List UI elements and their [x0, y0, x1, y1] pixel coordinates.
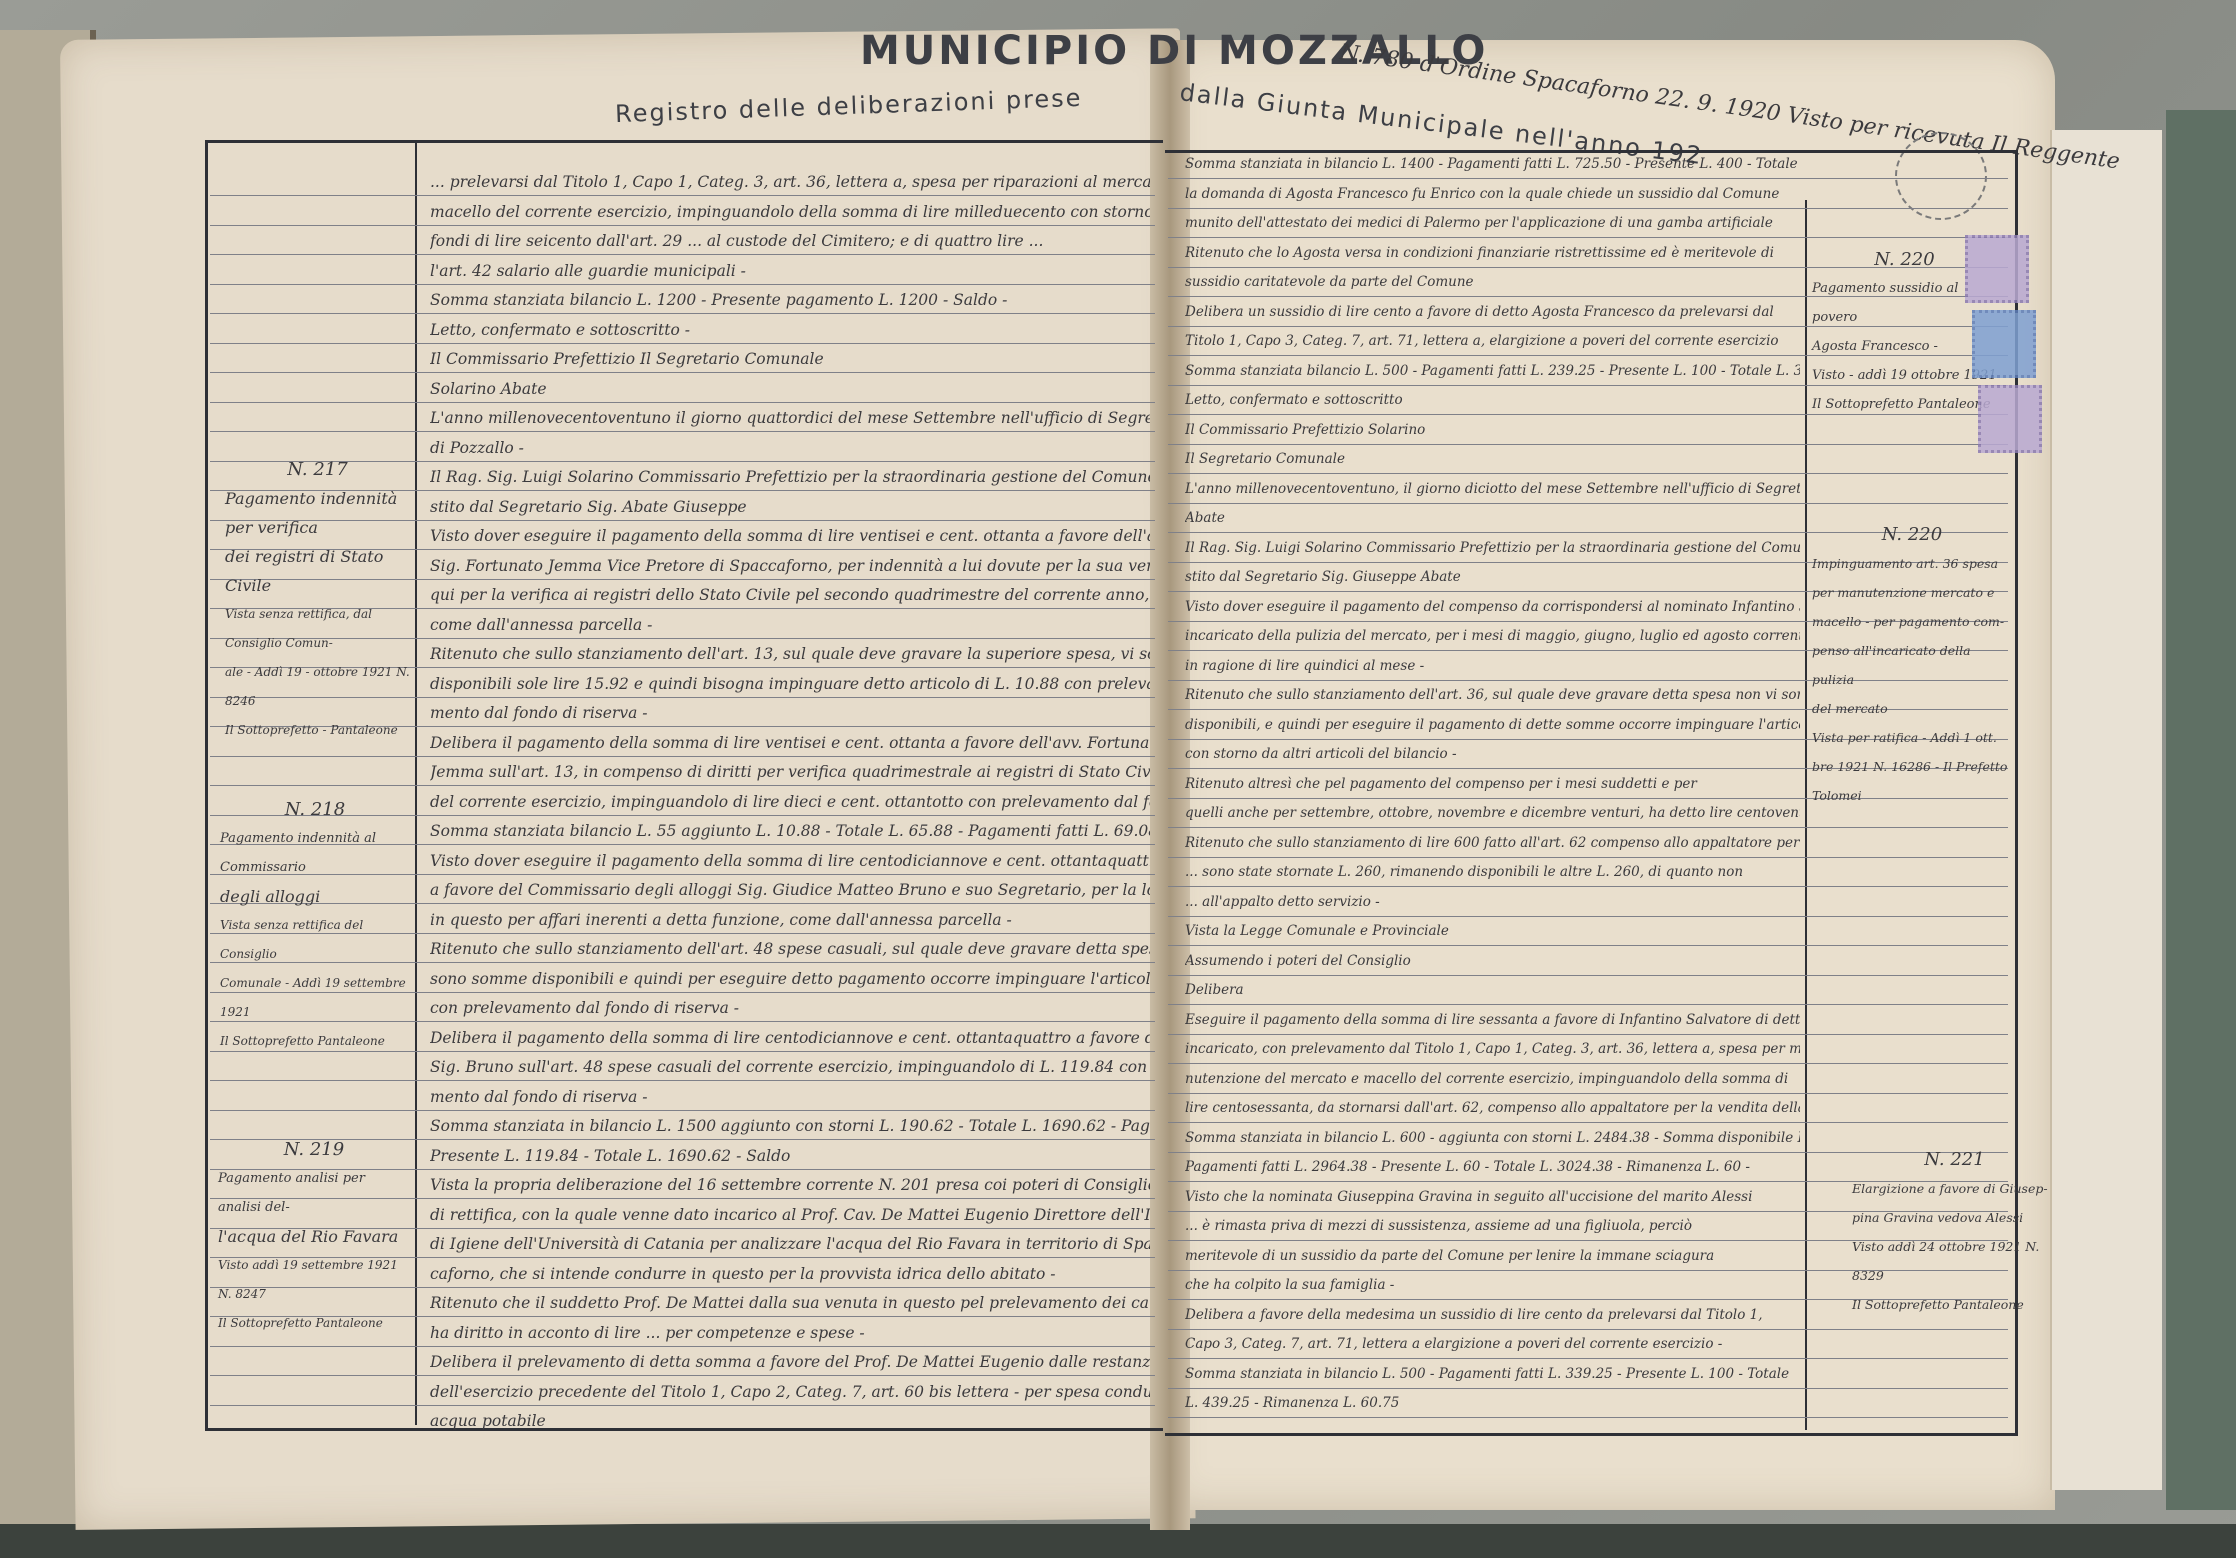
handwritten-line: stito dal Segretario Sig. Abate Giuseppe [430, 493, 1150, 523]
handwritten-line: L'anno millenovecentoventuno il giorno q… [430, 404, 1150, 434]
handwritten-line: con prelevamento dal fondo di riserva - [430, 994, 1150, 1024]
margin-entry-218: N. 218 Pagamento indennità al Commissari… [220, 795, 410, 1056]
handwritten-line: Eseguire il pagamento della somma di lir… [1185, 1006, 1800, 1036]
handwritten-line: Ritenuto che lo Agosta versa in condizio… [1185, 239, 1800, 269]
handwritten-line: incaricato, con prelevamento dal Titolo … [1185, 1035, 1800, 1065]
entry-line: Visto - addì 19 ottobre 1921 [1812, 361, 1997, 390]
entry-number: N. 221 [1852, 1145, 2057, 1174]
handwritten-line: Delibera il prelevamento di detta somma … [430, 1348, 1150, 1378]
handwritten-line: Delibera [1185, 976, 1800, 1006]
handwritten-line: disponibili sole lire 15.92 e quindi bis… [430, 670, 1150, 700]
handwritten-line: munito dell'attestato dei medici di Pale… [1185, 209, 1800, 239]
entry-line: l'acqua del Rio Favara [218, 1222, 410, 1251]
entry-line: Elargizione a favore di Giusep- [1852, 1174, 2057, 1203]
entry-line: Visto addì 19 settembre 1921 N. 8247 [218, 1251, 410, 1309]
entry-line: dei registri di Stato Civile [225, 542, 410, 600]
handwritten-line: stito dal Segretario Sig. Giuseppe Abate [1185, 563, 1800, 593]
revenue-stamp-icon [1972, 310, 2036, 378]
handwritten-line: ha diritto in acconto di lire ... per co… [430, 1319, 1150, 1349]
margin-entry-219: N. 219 Pagamento analisi per analisi del… [218, 1135, 410, 1338]
handwritten-line: del corrente esercizio, impinguandolo di… [430, 788, 1150, 818]
entry-line: Vista senza rettifica, dal Consiglio Com… [225, 600, 410, 658]
handwritten-line: sono somme disponibili e quindi per eseg… [430, 965, 1150, 995]
handwritten-line: in questo per affari inerenti a detta fu… [430, 906, 1150, 936]
handwritten-line: nutenzione del mercato e macello del cor… [1185, 1065, 1800, 1095]
handwritten-line: ... sono state stornate L. 260, rimanend… [1185, 858, 1800, 888]
handwritten-line: Sig. Fortunato Jemma Vice Pretore di Spa… [430, 552, 1150, 582]
handwritten-line: Somma stanziata bilancio L. 1200 - Prese… [430, 286, 1150, 316]
entry-line: bre 1921 N. 16286 - Il Prefetto [1812, 752, 2012, 781]
handwritten-line: ... all'appalto detto servizio - [1185, 888, 1800, 918]
handwritten-line: mento dal fondo di riserva - [430, 1083, 1150, 1113]
handwritten-line: Sig. Bruno sull'art. 48 spese casuali de… [430, 1053, 1150, 1083]
handwritten-line: Visto dover eseguire il pagamento della … [430, 522, 1150, 552]
entry-line: Tolomei [1812, 781, 2012, 810]
handwritten-line: Letto, confermato e sottoscritto - [430, 316, 1150, 346]
handwritten-line: Delibera il pagamento della somma di lir… [430, 729, 1150, 759]
handwritten-line: di Igiene dell'Università di Catania per… [430, 1230, 1150, 1260]
entry-line: Pagamento indennità al Commissario [220, 824, 410, 882]
handwritten-line: Il Commissario Prefettizio Solarino [1185, 416, 1800, 446]
handwritten-line: Delibera un sussidio di lire cento a fav… [1185, 298, 1800, 328]
entry-line: pina Gravina vedova Alessi [1852, 1203, 2057, 1232]
handwritten-line: caforno, che si intende condurre in ques… [430, 1260, 1150, 1290]
handwritten-line: Capo 3, Categ. 7, art. 71, lettera a ela… [1185, 1330, 1800, 1360]
handwritten-line: Ritenuto che sullo stanziamento dell'art… [430, 935, 1150, 965]
handwritten-line: Il Commissario Prefettizio Il Segretario… [430, 345, 1150, 375]
handwritten-line: Visto dover eseguire il pagamento della … [430, 847, 1150, 877]
entry-line: Pagamento analisi per analisi del- [218, 1164, 410, 1222]
handwritten-line: Presente L. 119.84 - Totale L. 1690.62 -… [430, 1142, 1150, 1172]
handwritten-line: Ritenuto che sullo stanziamento dell'art… [430, 640, 1150, 670]
entry-number: N. 220 [1812, 520, 2012, 549]
margin-entry-221: N. 221 Elargizione a favore di Giusep- p… [1852, 1145, 2057, 1319]
handwritten-line: fondi di lire seicento dall'art. 29 ... … [430, 227, 1150, 257]
handwritten-line: Ritenuto che sullo stanziamento di lire … [1185, 829, 1800, 859]
handwritten-line: Visto che la nominata Giuseppina Gravina… [1185, 1183, 1800, 1213]
handwritten-line: Il Rag. Sig. Luigi Solarino Commissario … [1185, 534, 1800, 564]
handwritten-line: dell'esercizio precedente del Titolo 1, … [430, 1378, 1150, 1408]
handwritten-line: Somma stanziata in bilancio L. 500 - Pag… [1185, 1360, 1800, 1390]
handwritten-line: con storno da altri articoli del bilanci… [1185, 740, 1800, 770]
handwritten-line: Jemma sull'art. 13, in compenso di dirit… [430, 758, 1150, 788]
right-page-body: Somma stanziata in bilancio L. 1400 - Pa… [1185, 150, 1800, 1419]
stamp-strip [2050, 130, 2162, 1490]
handwritten-line: mento dal fondo di riserva - [430, 699, 1150, 729]
handwritten-line: a favore del Commissario degli alloggi S… [430, 876, 1150, 906]
entry-line: penso all'incaricato della pulizia [1812, 636, 2012, 694]
handwritten-line: ... è rimasta priva di mezzi di sussiste… [1185, 1212, 1800, 1242]
handwritten-line: di rettifica, con la quale venne dato in… [430, 1201, 1150, 1231]
entry-line: per manutenzione mercato e [1812, 578, 2012, 607]
handwritten-line: ... prelevarsi dal Titolo 1, Capo 1, Cat… [430, 168, 1150, 198]
margin-entry-220-impinguamento: N. 220 Impinguamento art. 36 spesa per m… [1812, 520, 2012, 810]
handwritten-line: Somma stanziata bilancio L. 55 aggiunto … [430, 817, 1150, 847]
handwritten-line: Somma stanziata in bilancio L. 600 - agg… [1185, 1124, 1800, 1154]
handwritten-line: Pagamenti fatti L. 2964.38 - Presente L.… [1185, 1153, 1800, 1183]
revenue-stamp-icon [1965, 235, 2029, 303]
handwritten-line: la domanda di Agosta Francesco fu Enrico… [1185, 180, 1800, 210]
handwritten-line: disponibili, e quindi per eseguire il pa… [1185, 711, 1800, 741]
handwritten-line: Il Rag. Sig. Luigi Solarino Commissario … [430, 463, 1150, 493]
handwritten-line: Delibera a favore della medesima un suss… [1185, 1301, 1800, 1331]
entry-line: ale - Addì 19 - ottobre 1921 N. 8246 [225, 658, 410, 716]
handwritten-line: quelli anche per settembre, ottobre, nov… [1185, 799, 1800, 829]
handwritten-line: L'anno millenovecentoventuno, il giorno … [1185, 475, 1800, 505]
entry-line: degli alloggi [220, 882, 410, 911]
entry-line: del mercato [1812, 694, 2012, 723]
entry-number: N. 219 [218, 1135, 410, 1164]
handwritten-line: meritevole di un sussidio da parte del C… [1185, 1242, 1800, 1272]
entry-line: Il Sottoprefetto Pantaleone [218, 1309, 410, 1338]
handwritten-line: Somma stanziata bilancio L. 500 - Pagame… [1185, 357, 1800, 387]
handwritten-line: Vista la propria deliberazione del 16 se… [430, 1171, 1150, 1201]
book-cover-right [2166, 110, 2236, 1510]
handwritten-line: Solarino Abate [430, 375, 1150, 405]
handwritten-line: Letto, confermato e sottoscritto [1185, 386, 1800, 416]
entry-line: Pagamento indennità per verifica [225, 484, 410, 542]
handwritten-line: Visto dover eseguire il pagamento del co… [1185, 593, 1800, 623]
entry-line: Agosta Francesco - [1812, 332, 1997, 361]
entry-line: Visto addì 24 ottobre 1921 N. 8329 [1852, 1232, 2057, 1290]
handwritten-line: qui per la verifica ai registri dello St… [430, 581, 1150, 611]
entry-line: macello - per pagamento com- [1812, 607, 2012, 636]
handwritten-line: Assumendo i poteri del Consiglio [1185, 947, 1800, 977]
handwritten-line: Somma stanziata in bilancio L. 1400 - Pa… [1185, 150, 1800, 180]
handwritten-line: Ritenuto che il suddetto Prof. De Mattei… [430, 1289, 1150, 1319]
handwritten-line: in ragione di lire quindici al mese - [1185, 652, 1800, 682]
handwritten-line: che ha colpito la sua famiglia - [1185, 1271, 1800, 1301]
handwritten-line: Ritenuto che sullo stanziamento dell'art… [1185, 681, 1800, 711]
handwritten-line: Delibera il pagamento della somma di lir… [430, 1024, 1150, 1054]
entry-line: Vista per ratifica - Addì 1 ott. [1812, 723, 2012, 752]
handwritten-line: Abate [1185, 504, 1800, 534]
left-margin-divider [415, 140, 417, 1425]
entry-line: Il Sottoprefetto Pantaleone [1812, 390, 1997, 419]
handwritten-line: macello del corrente esercizio, impingua… [430, 198, 1150, 228]
entry-line: Comunale - Addì 19 settembre 1921 [220, 969, 410, 1027]
handwritten-line: Ritenuto altresì che pel pagamento del c… [1185, 770, 1800, 800]
handwritten-line: Somma stanziata in bilancio L. 1500 aggi… [430, 1112, 1150, 1142]
handwritten-line: L. 439.25 - Rimanenza L. 60.75 [1185, 1389, 1800, 1419]
entry-line: Vista senza rettifica del Consiglio [220, 911, 410, 969]
book-bottom-edge [0, 1524, 2236, 1558]
handwritten-line: Vista la Legge Comunale e Provinciale [1185, 917, 1800, 947]
handwritten-line: Il Segretario Comunale [1185, 445, 1800, 475]
revenue-stamp-icon [1978, 385, 2042, 453]
handwritten-line: acqua potabile [430, 1407, 1150, 1437]
entry-line: Il Sottoprefetto - Pantaleone [225, 716, 410, 745]
entry-line: Il Sottoprefetto Pantaleone [220, 1027, 410, 1056]
handwritten-line: l'art. 42 salario alle guardie municipal… [430, 257, 1150, 287]
margin-entry-217: N. 217 Pagamento indennità per verifica … [225, 455, 410, 745]
entry-number: N. 218 [220, 795, 410, 824]
entry-number: N. 217 [225, 455, 410, 484]
handwritten-line: incaricato della pulizia del mercato, pe… [1185, 622, 1800, 652]
handwritten-line: lire centosessanta, da stornarsi dall'ar… [1185, 1094, 1800, 1124]
entry-line: Impinguamento art. 36 spesa [1812, 549, 2012, 578]
handwritten-line: Titolo 1, Capo 3, Categ. 7, art. 71, let… [1185, 327, 1800, 357]
handwritten-line: sussidio caritatevole da parte del Comun… [1185, 268, 1800, 298]
handwritten-line: come dall'annessa parcella - [430, 611, 1150, 641]
entry-line: Il Sottoprefetto Pantaleone [1852, 1290, 2057, 1319]
handwritten-line: di Pozzallo - [430, 434, 1150, 464]
left-page-body: ... prelevarsi dal Titolo 1, Capo 1, Cat… [430, 168, 1150, 1437]
